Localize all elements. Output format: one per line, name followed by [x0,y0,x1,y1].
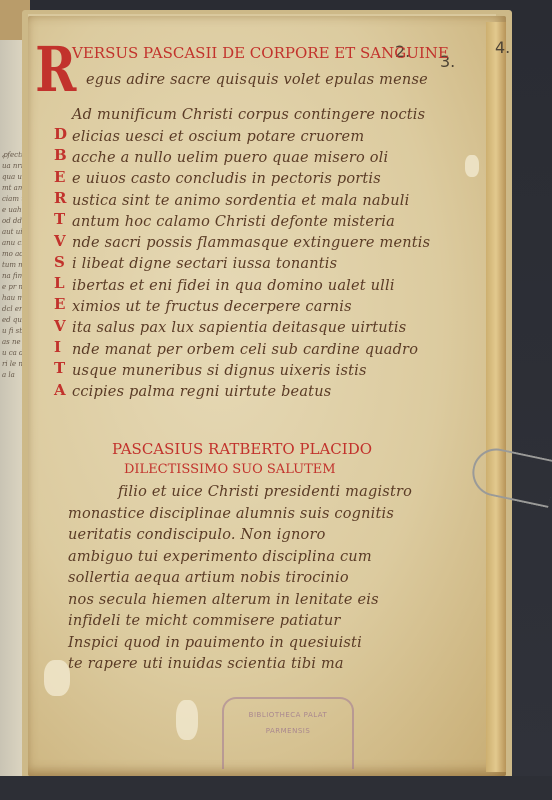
verse-line: usque muneribus si dignus uixeris istis [72,363,367,379]
epistle-line: ambiguo tui experimento disciplina cum [68,549,372,565]
epistle-line: ueritatis condiscipulo. Non ignoro [68,527,326,543]
acrostic-letter: I [54,338,61,356]
verse-line: elicias uesci et oscium potare cruorem [72,129,364,145]
verse-line: i libeat digne sectari iussa tonantis [72,256,337,272]
verse-line: e uiuos casto concludis in pectoris port… [72,171,381,187]
verse-line: ita salus pax lux sapientia deitasque ui… [72,320,406,336]
verse-line: nde sacri possis flammasque extinguere m… [72,235,430,251]
parchment-wear [44,660,70,696]
acrostic-letter: R [54,189,66,207]
bottom-background [0,776,552,800]
verse-line: ibertas et eni fidei in qua domino ualet… [72,278,395,294]
epistle-line: Inspici quod in pauimento in quesiuisti [68,635,362,651]
epistle-line: filio et uice Christi presidenti magistr… [118,484,412,500]
epistle-line: infideli te micht commisere patiatur [68,613,341,629]
acrostic-letter: E [54,295,65,313]
verse-line: egus adire sacre quisquis volet epulas m… [86,72,428,88]
acrostic-letter: E [54,168,65,186]
acrostic-letter: V [54,232,66,250]
parchment-wear [176,700,198,740]
verse-line: Ad munificum Christi corpus contingere n… [72,107,425,123]
decorated-initial: R [35,40,76,100]
acrostic-letter: T [54,210,65,228]
acrostic-letter: L [54,274,65,292]
verse-line: ustica sint te animo sordentia et mala n… [72,193,409,209]
epistle-line: sollertia aequa artium nobis tirocinio [68,570,349,586]
acrostic-letter: T [54,359,65,377]
stamp-text: PARMENSIS [224,727,352,735]
acrostic-letter: B [54,146,67,164]
acrostic-letter: V [54,317,66,335]
epistle-heading: PASCASIUS RATBERTO PLACIDO [112,440,372,458]
acrostic-letter: D [54,125,67,143]
epistle-line: nos secula hiemen alterum in lenitate ei… [68,592,379,608]
verse-line: antum hoc calamo Christi defonte misteri… [72,214,395,230]
acrostic-letter: S [54,253,65,271]
epistle-line: monastice disciplinae alumnis suis cogni… [68,506,394,522]
verse-line: nde manat per orbem celi sub cardine qua… [72,342,418,358]
page-right-edge [486,22,506,772]
folio-number: 4. [495,38,510,57]
library-stamp: BIBLIOTHECA PALAT PARMENSIS [222,697,354,769]
acrostic-letter: A [54,381,66,399]
epistle-line: te rapere uti inuidas scientia tibi ma [68,656,344,672]
verse-line: acche a nullo uelim puero quae misero ol… [72,150,388,166]
stamp-text: BIBLIOTHECA PALAT [224,711,352,719]
parchment-wear [465,155,479,177]
verse-line: ximios ut te fructus decerpere carnis [72,299,352,315]
title-rubric: VERSUS PASCASII DE CORPORE ET SANGUINE [72,44,449,62]
epistle-heading: DILECTISSIMO SUO SALUTEM [124,462,336,477]
verse-line: ccipies palma regni uirtute beatus [72,384,331,400]
